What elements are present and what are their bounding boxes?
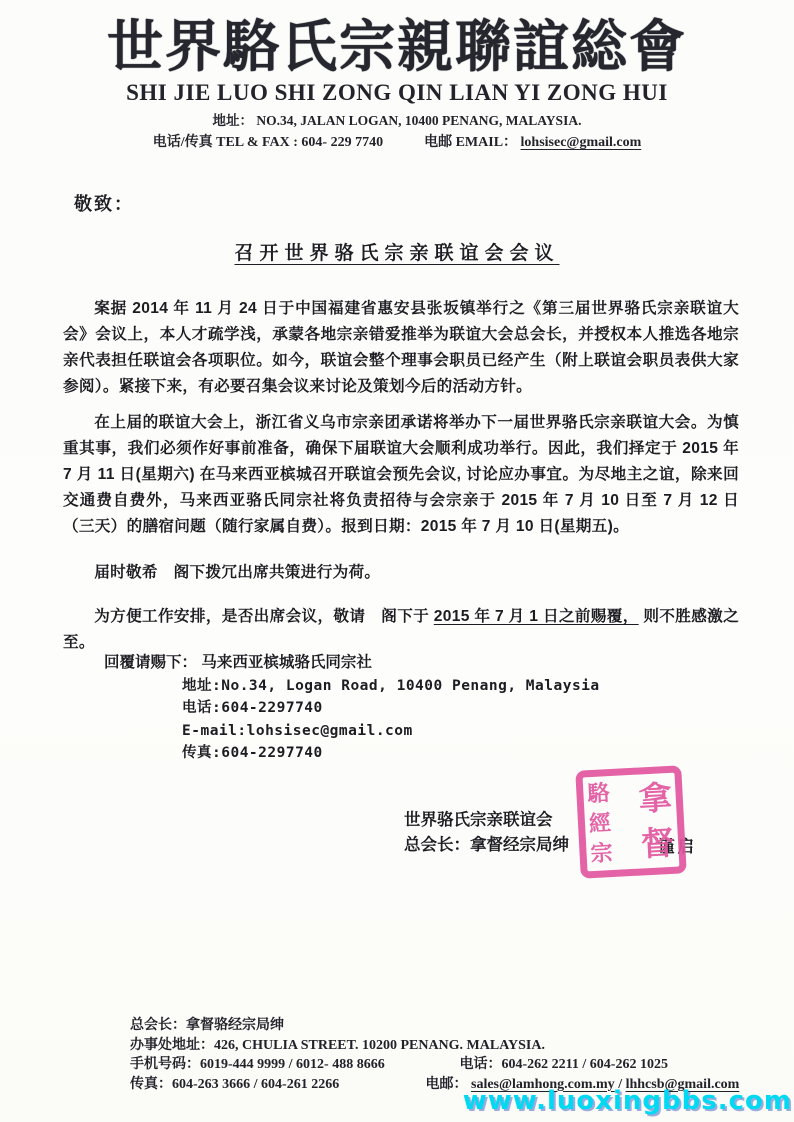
- scanned-letter-page: 世界駱氏宗親聯誼総會 SHI JIE LUO SHI ZONG QIN LIAN…: [0, 0, 794, 1122]
- paragraph-1: 案据 2014 年 11 月 24 日于中国福建省惠安县张坂镇举行之《第三届世界…: [63, 296, 739, 400]
- reply-phone: 电话:604-2297740: [104, 697, 600, 720]
- footer-fax: 传真：604-263 3666 / 604-261 2266: [130, 1075, 422, 1095]
- signature-president: 总会长：拿督经宗局绅: [404, 833, 569, 858]
- footer-tel: 电话：604-262 2211 / 604-262 1025: [460, 1057, 668, 1072]
- seal-char: 駱: [587, 780, 610, 808]
- org-telfax: 电话/传真 TEL & FAX : 604- 229 7740: [153, 135, 383, 150]
- salutation: 敬致：: [74, 190, 134, 216]
- footer-line-3: 手机号码：6019-444 9999 / 6012- 488 8666 电话：6…: [130, 1055, 750, 1075]
- seal-right-column: 拿 督: [638, 775, 676, 867]
- reply-org: 马来西亚槟城骆氏同宗社: [201, 654, 372, 671]
- red-seal-stamp: 駱 經 宗 拿 督: [575, 765, 687, 878]
- org-address: 地址： NO.34, JALAN LOGAN, 10400 PENANG, MA…: [0, 109, 794, 129]
- seal-char: 拿: [638, 777, 673, 820]
- letter-subject: 召开世界骆氏宗亲联谊会会议: [0, 238, 794, 265]
- paragraph-3: 届时敬希 阁下拨冗出席共策进行为荷。: [63, 560, 739, 586]
- org-email: lohsisec@gmail.com: [521, 135, 642, 150]
- watermark-url: www.luoxingbbs.com: [463, 1086, 792, 1116]
- seal-char: 督: [640, 822, 675, 865]
- seal-char: 經: [588, 810, 611, 838]
- org-contact-line: 电话/传真 TEL & FAX : 604- 229 7740 电邮 EMAIL…: [0, 131, 794, 151]
- footer-contact-block: 总会长：拿督骆经宗局绅 办事处地址：426, CHULIA STREET. 10…: [130, 1016, 750, 1094]
- reply-email: E-mail:lohsisec@gmail.com: [104, 720, 600, 743]
- reply-block: 回覆请赐下： 马来西亚槟城骆氏同宗社 地址:No.34, Logan Road,…: [104, 652, 600, 765]
- paragraph-4: 为方便工作安排，是否出席会议，敬请 阁下于 2015 年 7 月 1 日之前赐覆…: [63, 604, 739, 656]
- org-name-calligraphy: 世界駱氏宗親聯誼総會: [0, 16, 794, 79]
- paragraph-4-deadline: 2015 年 7 月 1 日之前赐覆，: [434, 608, 639, 625]
- footer-office-address: 办事处地址：426, CHULIA STREET. 10200 PENANG. …: [130, 1036, 750, 1056]
- seal-char: 宗: [590, 840, 613, 868]
- reply-label: 回覆请赐下：: [104, 654, 197, 671]
- letterhead: 世界駱氏宗親聯誼総會 SHI JIE LUO SHI ZONG QIN LIAN…: [0, 16, 794, 151]
- seal-left-column: 駱 經 宗: [587, 778, 614, 869]
- org-name-pinyin: SHI JIE LUO SHI ZONG QIN LIAN YI ZONG HU…: [0, 80, 794, 106]
- signature-org: 世界骆氏宗亲联谊会: [404, 808, 569, 833]
- footer-email-label: 电邮：: [426, 1077, 468, 1092]
- reply-address: 地址:No.34, Logan Road, 10400 Penang, Mala…: [104, 675, 600, 698]
- paragraph-4-pre: 为方便工作安排，是否出席会议，敬请 阁下于: [94, 608, 434, 625]
- org-email-label: 电邮 EMAIL：: [424, 135, 517, 150]
- reply-fax: 传真:604-2297740: [104, 742, 600, 765]
- footer-president: 总会长：拿督骆经宗局绅: [130, 1016, 750, 1036]
- signature-block: 世界骆氏宗亲联谊会 总会长：拿督经宗局绅: [404, 808, 569, 858]
- footer-mobile: 手机号码：6019-444 9999 / 6012- 488 8666: [130, 1055, 456, 1075]
- paragraph-2: 在上届的联谊大会上，浙江省义乌市宗亲团承诺将举办下一届世界骆氏宗亲联谊大会。为慎…: [63, 410, 739, 540]
